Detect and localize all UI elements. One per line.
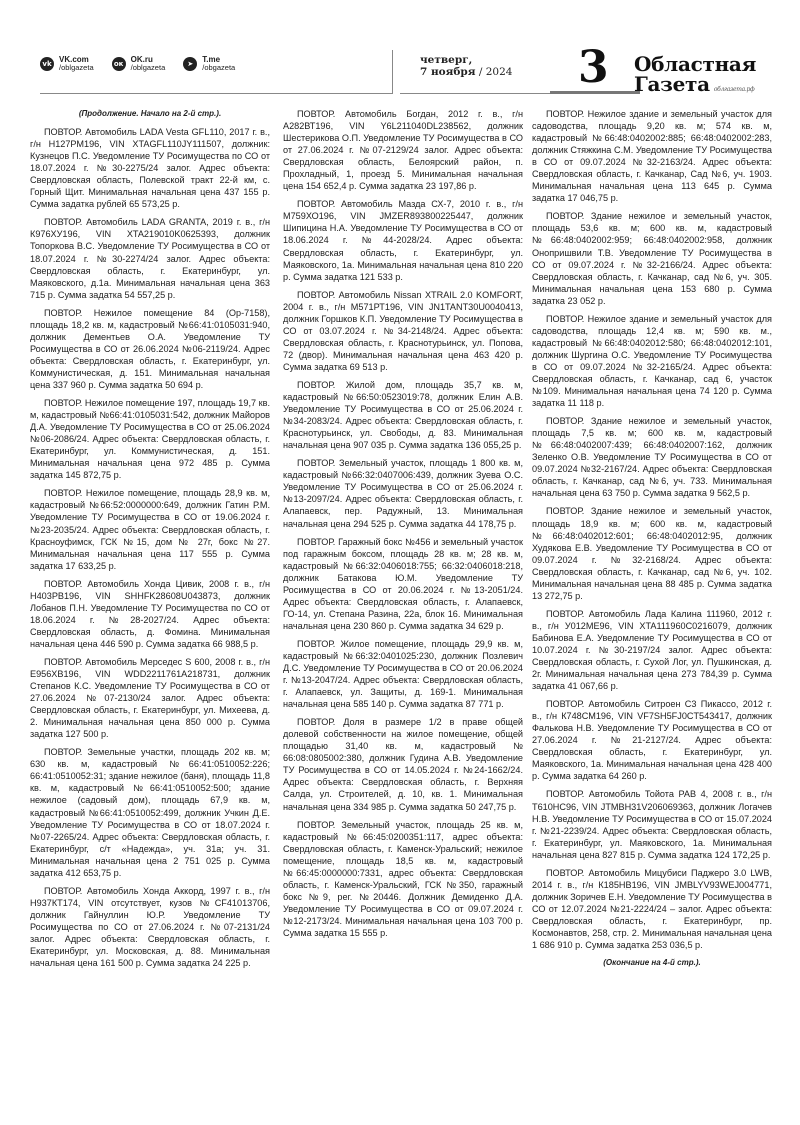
header-rule bbox=[40, 93, 392, 94]
notice: ПОВТОР. Здание нежилое и земельный участ… bbox=[532, 210, 772, 306]
notice: ПОВТОР. Земельный участок, площадь 1 800… bbox=[283, 457, 523, 529]
issue-date: четверг, 7 ноября / 2024 bbox=[420, 54, 512, 78]
notice: ПОВТОР. Здание нежилое и земельный участ… bbox=[532, 505, 772, 601]
notice: ПОВТОР. Гаражный бокс №456 и земельный у… bbox=[283, 536, 523, 632]
date-year: / 2024 bbox=[479, 66, 513, 78]
social-handle: /oblgazeta bbox=[131, 63, 166, 72]
column-2: ПОВТОР. Автомобиль Богдан, 2012 г. в., г… bbox=[283, 108, 523, 945]
notice: ПОВТОР. Автомобиль Nissan XTRAIL 2.0 KOM… bbox=[283, 289, 523, 373]
column-1: (Продолжение. Начало на 2-й стр.). ПОВТО… bbox=[30, 108, 270, 975]
notice: ПОВТОР. Автомобиль Мицубиси Паджеро 3.0 … bbox=[532, 867, 772, 951]
notice: ПОВТОР. Автомобиль LADA GRANTA, 2019 г. … bbox=[30, 216, 270, 300]
ok-icon: ок bbox=[112, 57, 126, 71]
notice: ПОВТОР. Автомобиль Богдан, 2012 г. в., г… bbox=[283, 108, 523, 192]
notice: ПОВТОР. Автомобиль Хонда Цивик, 2008 г. … bbox=[30, 578, 270, 650]
notice: ПОВТОР. Нежилое здание и земельный участ… bbox=[532, 313, 772, 409]
notice: ПОВТОР. Автомобиль Мерседес S 600, 2008 … bbox=[30, 656, 270, 740]
notice: ПОВТОР. Земельные участки, площадь 202 к… bbox=[30, 746, 270, 879]
masthead-line1: Областная bbox=[634, 54, 756, 74]
page-number-bar bbox=[550, 91, 640, 94]
vk-icon: vk bbox=[40, 57, 54, 71]
social-link-vk[interactable]: vk VK.com/oblgazeta bbox=[40, 56, 94, 72]
weekday: четверг, bbox=[420, 54, 472, 66]
notice: ПОВТОР. Земельный участок, площадь 25 кв… bbox=[283, 819, 523, 939]
notice: ПОВТОР. Автомобиль LADA Vesta GFL110, 20… bbox=[30, 126, 270, 210]
newspaper-page: vk VK.com/oblgazeta ок OK.ru/oblgazeta ➤… bbox=[0, 0, 800, 1125]
social-link-ok[interactable]: ок OK.ru/oblgazeta bbox=[112, 56, 166, 72]
social-links: vk VK.com/oblgazeta ок OK.ru/oblgazeta ➤… bbox=[40, 56, 235, 72]
notice: ПОВТОР. Автомобиль Хонда Аккорд, 1997 г.… bbox=[30, 885, 270, 969]
continuation-note: (Продолжение. Начало на 2-й стр.). bbox=[30, 108, 270, 120]
column-3: ПОВТОР. Нежилое здание и земельный участ… bbox=[532, 108, 772, 975]
social-handle: /obgazeta bbox=[202, 63, 235, 72]
notice: ПОВТОР. Жилой дом, площадь 35,7 кв. м, к… bbox=[283, 379, 523, 451]
page-header: vk VK.com/oblgazeta ок OK.ru/oblgazeta ➤… bbox=[40, 50, 760, 96]
masthead-line2: Газета bbox=[634, 72, 710, 96]
notice: ПОВТОР. Автомобиль Тойота РАВ 4, 2008 г.… bbox=[532, 788, 772, 860]
notice: ПОВТОР. Нежилое помещение 197, площадь 1… bbox=[30, 397, 270, 481]
notice: ПОВТОР. Нежилое помещение, площадь 28,9 … bbox=[30, 487, 270, 571]
notice: ПОВТОР. Автомобиль Ситроен С3 Пикассо, 2… bbox=[532, 698, 772, 782]
notice: ПОВТОР. Здание нежилое и земельный участ… bbox=[532, 415, 772, 499]
notice: ПОВТОР. Автомобиль Лада Калина 111960, 2… bbox=[532, 608, 772, 692]
notice: ПОВТОР. Жилое помещение, площадь 29,9 кв… bbox=[283, 638, 523, 710]
notice: ПОВТОР. Нежилое здание и земельный участ… bbox=[532, 108, 772, 204]
date-day-month: 7 ноября bbox=[420, 66, 476, 78]
header-divider bbox=[392, 50, 393, 94]
social-link-telegram[interactable]: ➤ T.me/obgazeta bbox=[183, 56, 235, 72]
notice: ПОВТОР. Автомобиль Мазда СХ-7, 2010 г. в… bbox=[283, 198, 523, 282]
masthead-logo: Областная Газетаоблгазета.рф bbox=[634, 54, 756, 100]
notice: ПОВТОР. Доля в размере 1/2 в праве общей… bbox=[283, 716, 523, 812]
telegram-icon: ➤ bbox=[183, 57, 197, 71]
notice: ПОВТОР. Нежилое помещение 84 (Ор-7158), … bbox=[30, 307, 270, 391]
end-note: (Окончание на 4-й стр.). bbox=[532, 957, 772, 969]
page-number: 3 bbox=[578, 44, 609, 92]
social-handle: /oblgazeta bbox=[59, 63, 94, 72]
masthead-site: облгазета.рф bbox=[714, 86, 755, 93]
